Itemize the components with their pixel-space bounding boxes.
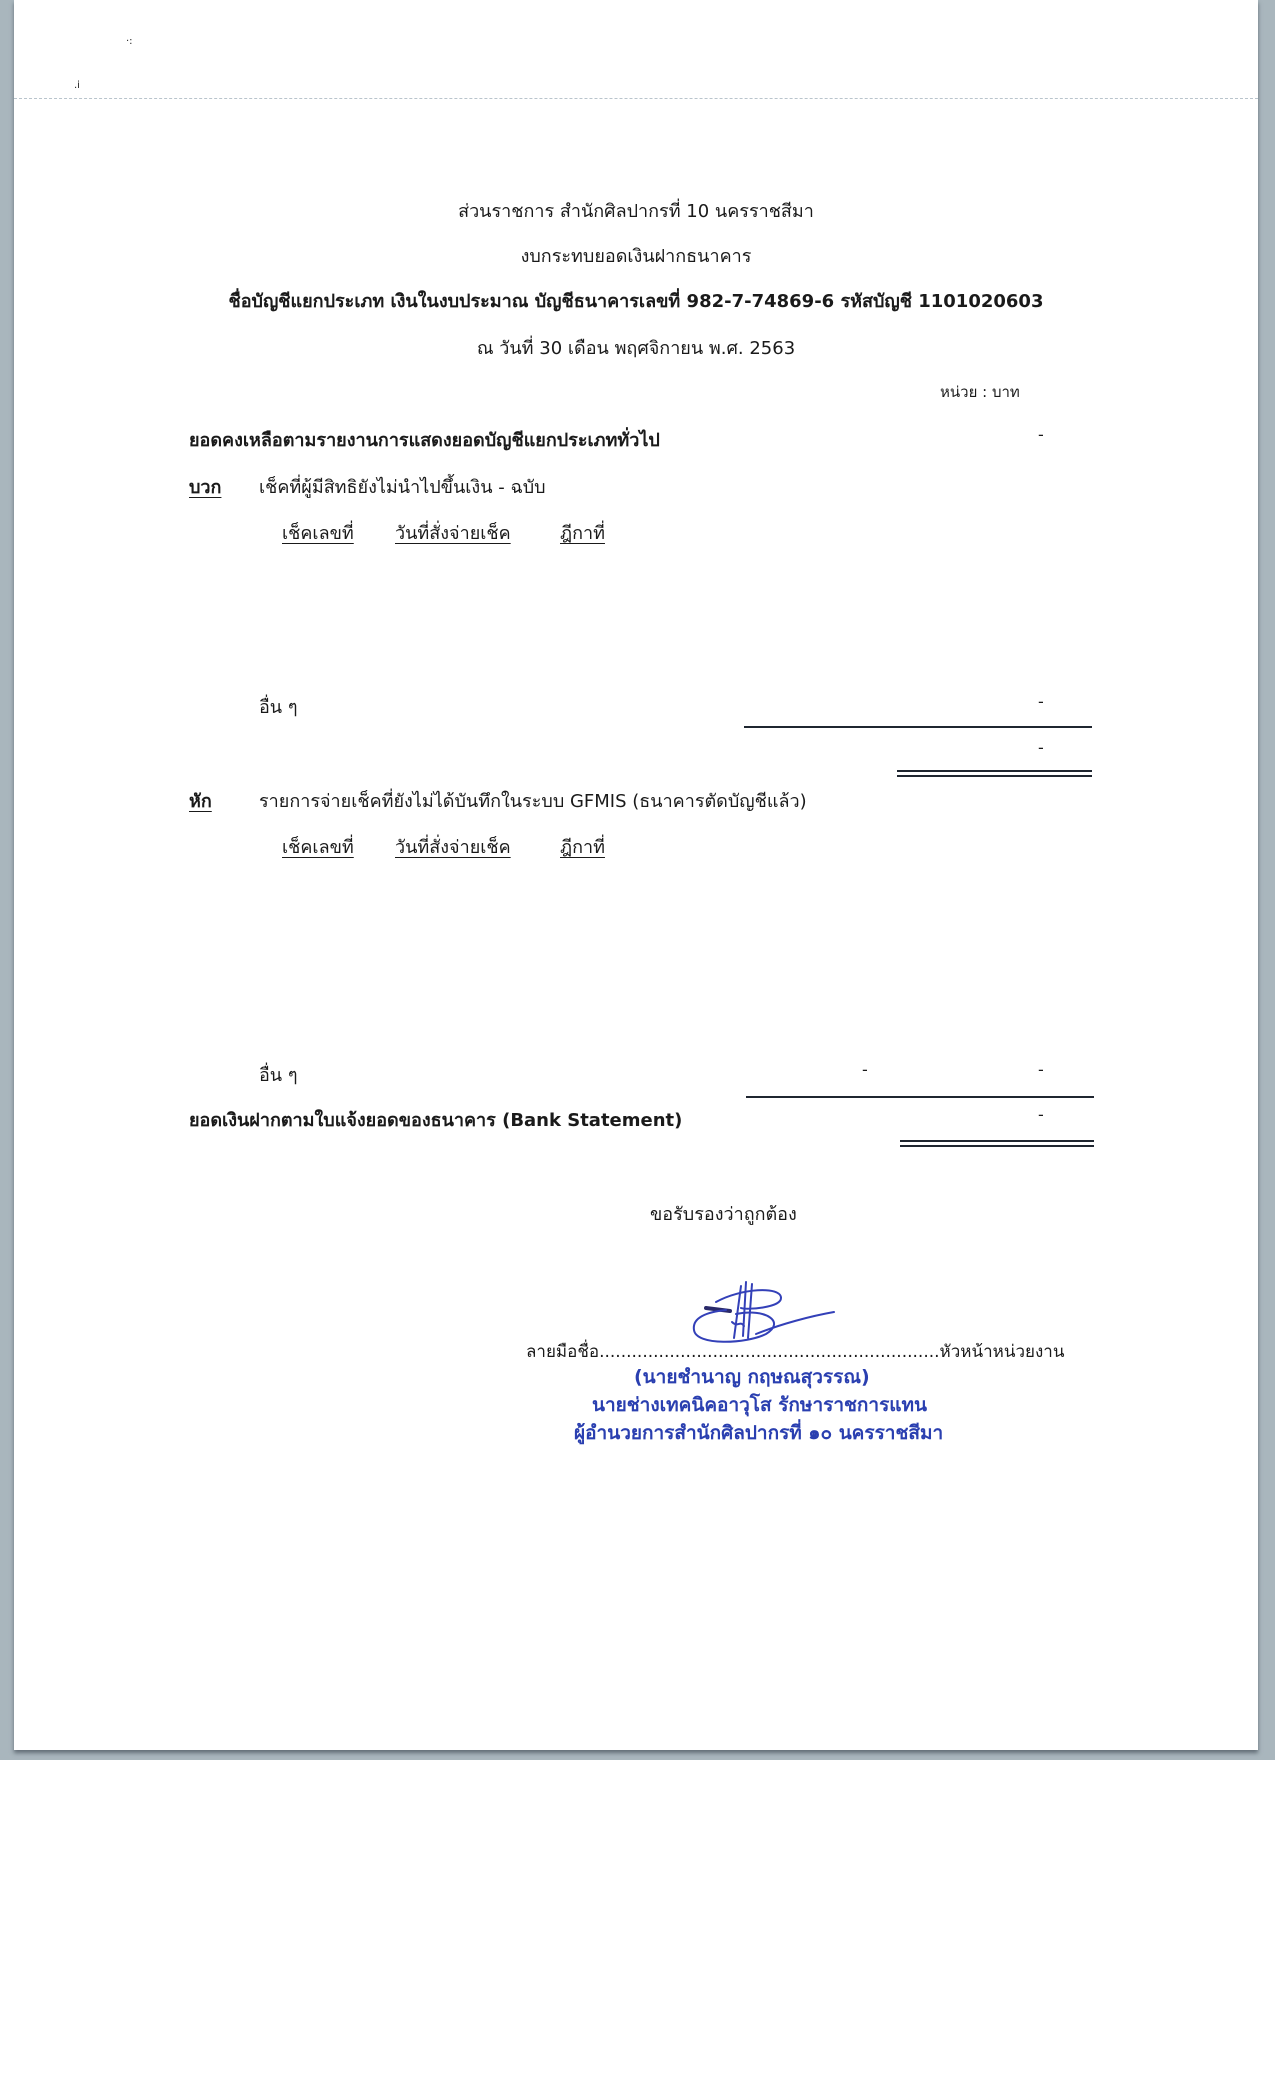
deduct-description: รายการจ่ายเช็คที่ยังไม่ได้บันทึกในระบบ G… <box>259 786 807 815</box>
deduct-col-cheque-no: เช็คเลขที่ <box>282 832 354 861</box>
certification-text: ขอรับรองว่าถูกต้อง <box>650 1199 797 1228</box>
fold-line <box>14 98 1258 99</box>
ledger-balance-value: - <box>1038 425 1044 444</box>
signer-name: (นายชำนาญ กฤษณสุวรรณ) <box>634 1362 870 1392</box>
add-double-rule <box>897 770 1092 777</box>
header-agency: ส่วนราชการ สำนักศิลปากรที่ 10 นครราชสีมา <box>14 196 1258 225</box>
bank-double-rule <box>900 1140 1094 1147</box>
header-date: ณ วันที่ 30 เดือน พฤศจิกายน พ.ศ. 2563 <box>14 333 1258 362</box>
bank-statement-label: ยอดเงินฝากตามใบแจ้งยอดของธนาคาร (Bank St… <box>189 1105 682 1134</box>
deduct-sum-rule <box>746 1096 1094 1098</box>
add-description: เช็คที่ผู้มีสิทธิยังไม่นำไปขึ้นเงิน - ฉบ… <box>259 472 546 501</box>
deduct-col-voucher-no: ฎีกาที่ <box>560 832 605 861</box>
bank-statement-value: - <box>1038 1105 1044 1124</box>
add-tag: บวก <box>189 472 221 501</box>
deduct-other-label: อื่น ๆ <box>259 1060 298 1089</box>
header-account: ชื่อบัญชีแยกประเภท เงินในงบประมาณ บัญชีธ… <box>14 286 1258 315</box>
deduct-col-cheque-date: วันที่สั่งจ่ายเช็ค <box>395 832 511 861</box>
ledger-balance-label: ยอดคงเหลือตามรายงานการแสดงยอดบัญชีแยกประ… <box>189 425 660 454</box>
scan-speck: ·: <box>126 36 133 47</box>
deduct-other-value: - <box>1038 1060 1044 1079</box>
signer-position: นายช่างเทคนิคอาวุโส รักษาราชการแทน <box>592 1390 927 1420</box>
add-subtotal-value: - <box>1038 738 1044 757</box>
add-col-cheque-date: วันที่สั่งจ่ายเช็ค <box>395 518 511 547</box>
add-col-voucher-no: ฎีกาที่ <box>560 518 605 547</box>
add-sum-rule <box>744 726 1092 728</box>
signer-acting-position: ผู้อำนวยการสำนักศิลปากรที่ ๑๐ นครราชสีมา <box>574 1418 943 1448</box>
signature-suffix: หัวหน้าหน่วยงาน <box>940 1342 1065 1362</box>
add-other-value: - <box>1038 692 1044 711</box>
unit-label: หน่วย : บาท <box>940 380 1020 404</box>
deduct-tag: หัก <box>189 786 212 815</box>
scan-speck: .ⅰ <box>74 80 80 91</box>
header-title: งบกระทบยอดเงินฝากธนาคาร <box>14 241 1258 270</box>
deduct-other-value-mid: - <box>862 1060 868 1079</box>
signature-line: ลายมือชื่อ..............................… <box>526 1338 1064 1365</box>
document-page: ·: .ⅰ ส่วนราชการ สำนักศิลปากรที่ 10 นครร… <box>14 0 1258 1750</box>
add-other-label: อื่น ๆ <box>259 692 298 721</box>
signature-dots: ........................................… <box>599 1342 939 1362</box>
add-col-cheque-no: เช็คเลขที่ <box>282 518 354 547</box>
signature-prefix: ลายมือชื่อ <box>526 1342 599 1362</box>
